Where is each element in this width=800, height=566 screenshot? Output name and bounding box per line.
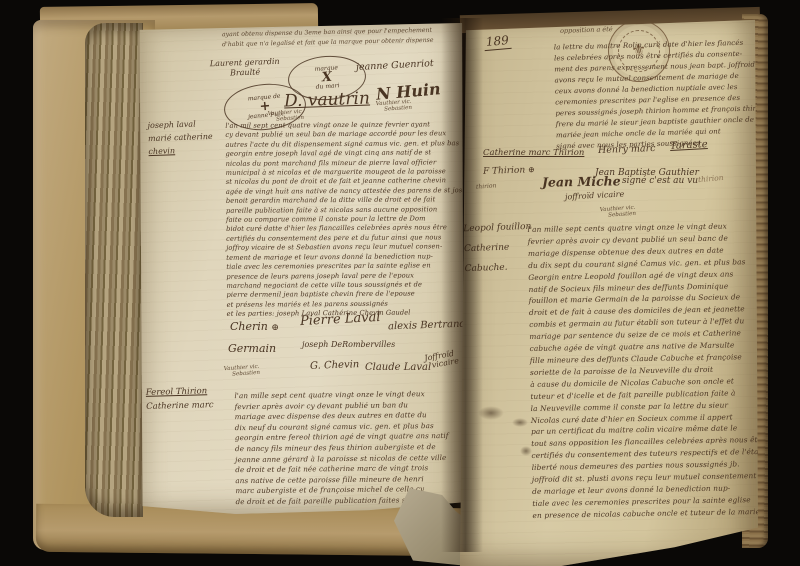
handwritten-line: Catherine marc — [146, 398, 214, 414]
handwritten-line: Leopol fouillon — [463, 217, 532, 239]
signature-germain: Germain — [228, 342, 276, 355]
handwritten-line: tiale avec les ceremonies prescrites par… — [226, 261, 460, 272]
signature-pierre-laval: Pierre Laval — [300, 310, 381, 329]
signature-scrawl-vicaire-3: Vauthier vic. Sebastien — [224, 364, 261, 378]
left-page: ayant obtenu dispense du 3eme ban ainsi … — [138, 22, 464, 514]
signature-f-thirion: F Thirion ⊕ — [483, 165, 535, 177]
signature-d-vautrin: D. vautrin — [284, 89, 371, 112]
signature-rombervilles: joseph DeRombervilles — [302, 340, 395, 349]
signature-scrawl-vicaire-2: Vauthier vic. Sebastien — [376, 99, 413, 113]
ink-blot — [520, 446, 532, 456]
right-page: 189 opposition a été la lettre du maitre… — [460, 16, 758, 566]
signature-joffroid-vicaire: Joffroïd vicaire — [424, 349, 460, 371]
signature-jeanne-guenriot: jeanne Guenriot — [356, 58, 434, 73]
margin-note-thirion-marc: Fereol ThirionCatherine marc — [146, 384, 214, 414]
marriage-record-fouillon-text: l'an mille sept cents quatre vingt onze … — [527, 220, 758, 522]
signature-joffroid-right: joffroïd vicaire — [565, 190, 625, 201]
signature-claude-laval: Claude Laval — [365, 362, 431, 373]
marriage-record-laval-text: l'an mil sept cent quatre vingt onze le … — [225, 120, 460, 319]
signature-joffroid-title: vicaire — [597, 189, 625, 199]
handwritten-line: Catherine — [464, 237, 533, 259]
page-edges-stack — [85, 23, 143, 517]
signature-cherin-text: Cherin — [230, 320, 268, 333]
signature-cherin: Cherin ⊕ — [230, 320, 279, 333]
signature-jean-miche: Jean Miche — [542, 173, 621, 189]
signature-g-chevin: G. Chevin — [310, 359, 360, 372]
marriage-record-thirion-text: l'an mille sept cent quatre vingt onze l… — [234, 389, 461, 508]
ink-blot — [478, 406, 504, 420]
signature-taraste: Taraste — [670, 139, 708, 152]
ink-blot — [512, 418, 528, 427]
handwritten-line: Cabuche. — [464, 257, 533, 279]
page-number: 189 — [483, 33, 511, 51]
margin-note-fouillon-cabuche: Leopol fouillonCatherineCabuche. — [463, 217, 533, 279]
handwritten-line: marié catherine — [148, 130, 213, 145]
signature-thirion-faded: thirion — [698, 173, 724, 184]
signature-scrawl-vicaire-4: Vauthier vic. Sebastien — [600, 205, 637, 219]
signature-thirion-small: thirion — [476, 183, 497, 190]
circled-cross-icon: ⊕ — [271, 323, 279, 333]
handwritten-line: chevin — [148, 143, 213, 158]
signature-alexis-bertrand: alexis Bertrand — [388, 319, 464, 333]
signature-joffroid-text: joffroïd — [565, 191, 595, 202]
signature-henry-marc: Henry marc — [598, 143, 656, 156]
fleur-de-lis-icon: ⚜ — [615, 27, 662, 74]
circled-cross-icon: ⊕ — [528, 165, 535, 174]
signature-miche-note: signé c'est au vu — [622, 176, 698, 186]
signature-catherine-marc: Catherine marc Thirion — [483, 148, 584, 158]
margin-note-laval-chevin: joseph lavalmarié catherinechevin — [147, 117, 213, 158]
witness-note: Laurent gerardin Braulté — [210, 57, 280, 79]
signature-f-thirion-text: F Thirion — [483, 165, 526, 176]
header-annotation: ayant obtenu dispense du 3eme ban ainsi … — [222, 26, 434, 49]
